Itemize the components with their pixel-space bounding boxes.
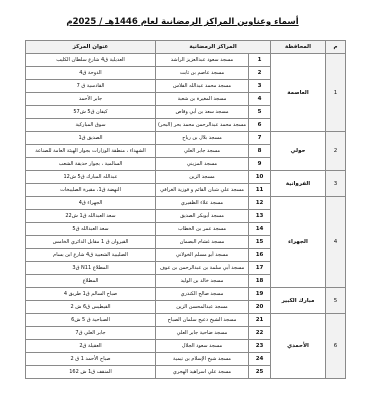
center-address: جابر الأحمد	[26, 93, 156, 106]
center-address: العقيلة ق2	[26, 340, 156, 353]
center-index: 17	[249, 262, 271, 275]
table-row: 4الجهراء12مسجد علاء الظفيريالجهراء ق4	[26, 197, 346, 210]
center-address: كيفان ق5 ش57	[26, 106, 156, 119]
center-name: مسجد بلال بن رباح	[156, 132, 249, 145]
center-address: المطلاع N11 ق3	[26, 262, 156, 275]
governorate-name: العاصمة	[271, 54, 326, 132]
center-address: سعد العبدالله ق1 ش22	[26, 210, 156, 223]
center-index: 15	[249, 236, 271, 249]
governorate-name: الجهراء	[271, 197, 326, 288]
document-page: أسماء وعناوين المراكز الرمضانية لعام 144…	[0, 0, 365, 400]
center-address: الصديق ق1	[26, 132, 156, 145]
center-address: السالمية ، بجوار حديقة الشعب	[26, 158, 156, 171]
center-name: مسجد سعود عبدالعزيز الراشد	[156, 54, 249, 67]
governorate-number: 3	[326, 171, 346, 197]
centers-table: م المحافظة المراكز الرمضانية عنوان المرك…	[25, 40, 346, 379]
center-address: جابر العلي ق7	[26, 327, 156, 340]
center-name: مسجد جابر العلي	[156, 145, 249, 158]
center-index: 21	[249, 314, 271, 327]
center-index: 20	[249, 301, 271, 314]
center-address: سعد العبدالله ق5	[26, 223, 156, 236]
table-row: 3الفروانية10مسجد الزينعبدالله المبارك ق5…	[26, 171, 346, 184]
center-address: القيطيس ق6 ش 2	[26, 301, 156, 314]
table-row: 2حولي7مسجد بلال بن رباحالصديق ق1	[26, 132, 346, 145]
center-address: الصباحية ق 5 ش6	[26, 314, 156, 327]
center-name: مسجد علي اسراهيد الهجري	[156, 366, 249, 379]
header-center: المراكز الرمضانية	[156, 41, 271, 54]
center-name: مسجد سعد بن أبي وقاص	[156, 106, 249, 119]
table-body: 1العاصمة1مسجد سعود عبدالعزيز الراشدالعدي…	[26, 54, 346, 379]
center-index: 18	[249, 275, 271, 288]
center-address: الصليبية الشعبية ق4 شارع ابن بسام	[26, 249, 156, 262]
center-name: مسجد المزيني	[156, 158, 249, 171]
center-name: مسجد صالح الكندري	[156, 288, 249, 301]
center-name: مسجد عمر بن الخطاب	[156, 223, 249, 236]
center-index: 22	[249, 327, 271, 340]
table-row: 6الأحمدي21مسجد الشيخ دعيج سلمان الصباحال…	[26, 314, 346, 327]
governorate-number: 2	[326, 132, 346, 171]
center-name: مسجد شيخ الإسلام بن تيمية	[156, 353, 249, 366]
center-name: مسجد علي شبان القائم و فوزية الغرافي	[156, 184, 249, 197]
center-index: 6	[249, 119, 271, 132]
center-address: العديلية ق4 شارع سلطان الكليب	[26, 54, 156, 67]
table-row: 1العاصمة1مسجد سعود عبدالعزيز الراشدالعدي…	[26, 54, 346, 67]
center-name: مسجد الشيخ دعيج سلمان الصباح	[156, 314, 249, 327]
center-index: 11	[249, 184, 271, 197]
center-name: مسجد علاء الظفيري	[156, 197, 249, 210]
center-name: مسجد عاصم بن ثابت	[156, 67, 249, 80]
center-index: 24	[249, 353, 271, 366]
center-name: مسجد محمد عبدالرحمن محمد بحر (البحر)	[156, 119, 249, 132]
governorate-name: الأحمدي	[271, 314, 326, 379]
center-name: مسجد المغيرة بن شعبة	[156, 93, 249, 106]
center-name: مسجد الزين	[156, 171, 249, 184]
center-index: 14	[249, 223, 271, 236]
header-address: عنوان المركز	[26, 41, 156, 54]
page-title: أسماء وعناوين المراكز الرمضانية لعام 144…	[0, 17, 365, 27]
center-address: صباح الأحمد 1 ق 2	[26, 353, 156, 366]
center-name: مسجد غشام البصمان	[156, 236, 249, 249]
center-name: مسجد أبي سلمة بن عبدالرحمن بن عوف	[156, 262, 249, 275]
center-index: 8	[249, 145, 271, 158]
center-name: مسجد عبدالمحسن الزين	[156, 301, 249, 314]
center-address: صباح السالم ق1 طريق 4	[26, 288, 156, 301]
center-index: 12	[249, 197, 271, 210]
header-governorate: المحافظة	[271, 41, 326, 54]
table-header-row: م المحافظة المراكز الرمضانية عنوان المرك…	[26, 41, 346, 54]
center-index: 7	[249, 132, 271, 145]
center-address: المنقف ق1 ش 162	[26, 366, 156, 379]
center-address: الجهراء ق4	[26, 197, 156, 210]
center-index: 19	[249, 288, 271, 301]
center-address: القيروان ق 1 مقابل الدائري الخامس	[26, 236, 156, 249]
center-index: 13	[249, 210, 271, 223]
center-address: النهضة ق1، مقبرة الصليبخات	[26, 184, 156, 197]
center-index: 5	[249, 106, 271, 119]
center-name: مسجد أبوبكر الصديق	[156, 210, 249, 223]
center-name: مسجد ضاحية جابر العلي	[156, 327, 249, 340]
center-name: مسجد أبو مسلم الخولاني	[156, 249, 249, 262]
header-num: م	[326, 41, 346, 54]
center-index: 9	[249, 158, 271, 171]
governorate-name: حولي	[271, 132, 326, 171]
governorate-number: 1	[326, 54, 346, 132]
center-index: 23	[249, 340, 271, 353]
governorate-number: 5	[326, 288, 346, 314]
governorate-number: 6	[326, 314, 346, 379]
center-address: الدوحة ق4	[26, 67, 156, 80]
center-name: مسجد سعود الجلال	[156, 340, 249, 353]
center-index: 10	[249, 171, 271, 184]
governorate-name: مبارك الكبير	[271, 288, 326, 314]
center-address: عبدالله المبارك ق5 ش12	[26, 171, 156, 184]
center-index: 1	[249, 54, 271, 67]
center-index: 3	[249, 80, 271, 93]
center-index: 16	[249, 249, 271, 262]
center-index: 4	[249, 93, 271, 106]
governorate-number: 4	[326, 197, 346, 288]
governorate-name: الفروانية	[271, 171, 326, 197]
center-address: القادسية ق 7	[26, 80, 156, 93]
center-name: مسجد خالد بن الوليد	[156, 275, 249, 288]
center-address: سوق المباركية	[26, 119, 156, 132]
center-address: المطلاع	[26, 275, 156, 288]
center-address: الشهداء ، منطقة الوزارات بجوار الهيئة ال…	[26, 145, 156, 158]
center-index: 25	[249, 366, 271, 379]
center-name: مسجد محمد عبدالله الفلاس	[156, 80, 249, 93]
table-row: 5مبارك الكبير19مسجد صالح الكندريصباح الس…	[26, 288, 346, 301]
center-index: 2	[249, 67, 271, 80]
